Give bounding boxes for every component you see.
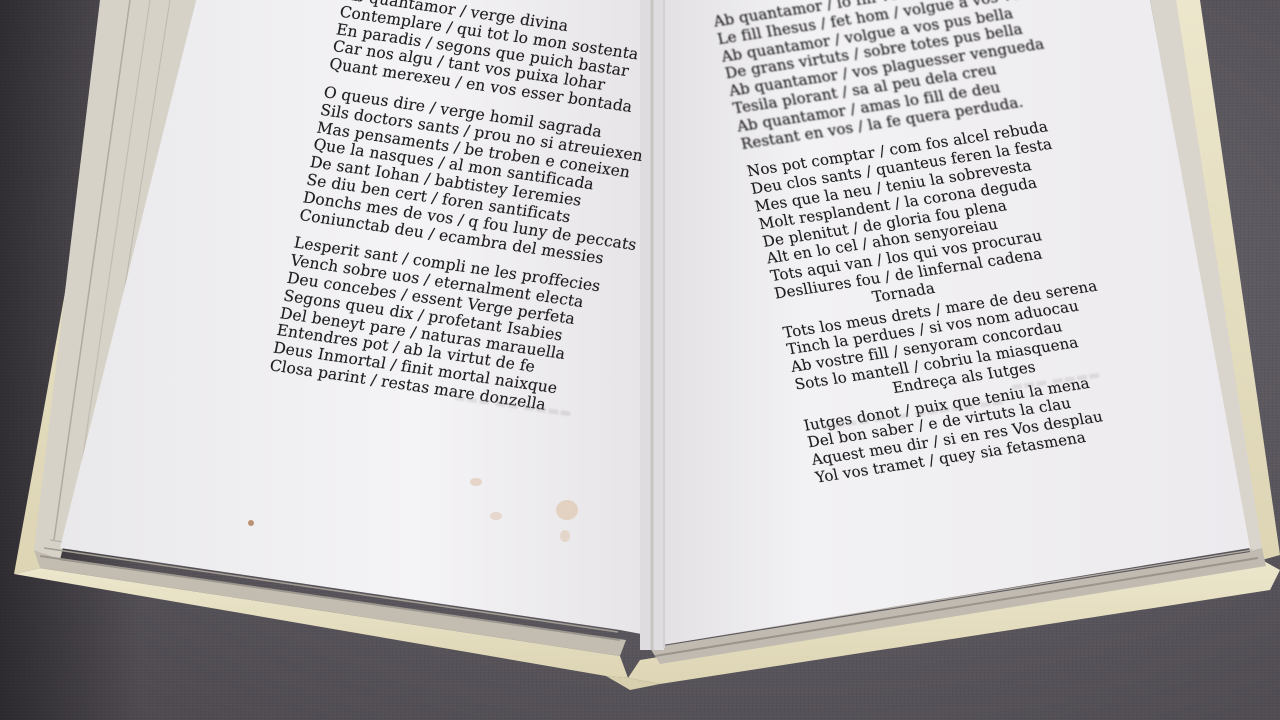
foxing-stain <box>470 478 482 486</box>
foxing-stain <box>560 530 570 542</box>
foxing-stain <box>490 512 502 520</box>
foxing-stain <box>248 520 254 526</box>
foxing-stain <box>556 500 578 520</box>
